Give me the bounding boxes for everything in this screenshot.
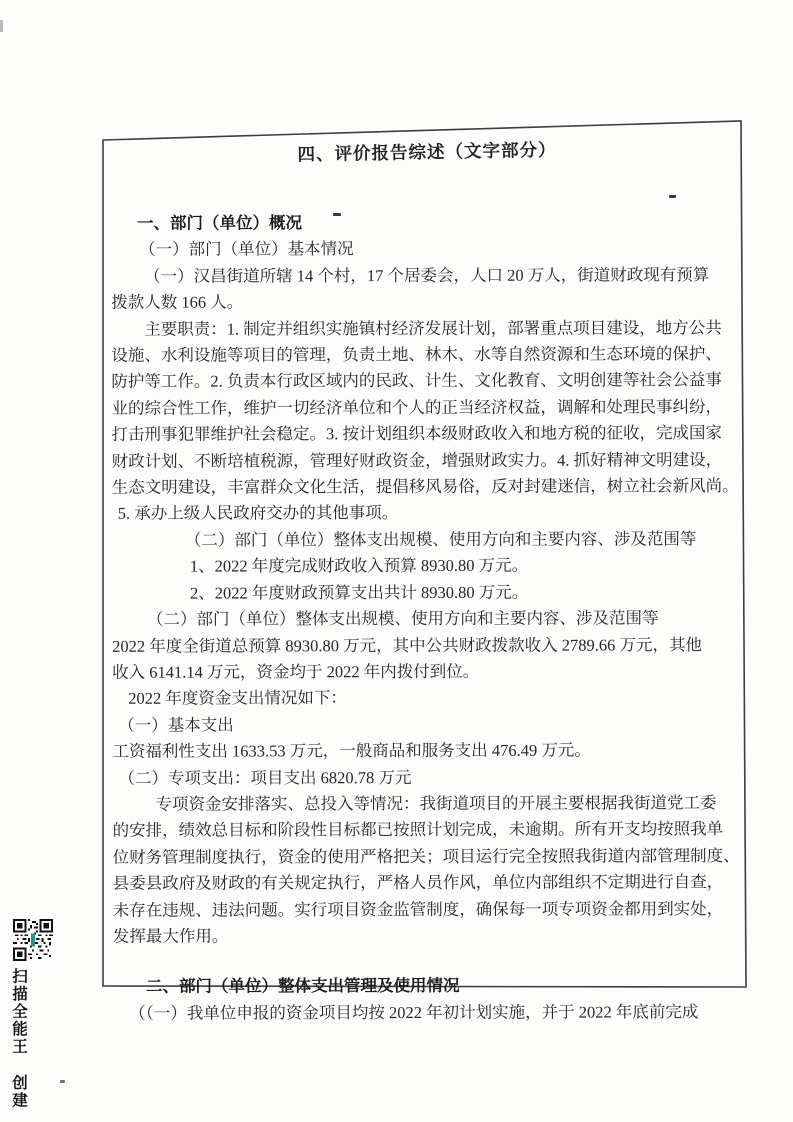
qr-accent-mark [31,933,35,946]
qr-code [13,918,53,962]
doc-line: 二、部门（单位）整体支出管理及使用情况 [113,973,745,1001]
doc-line: 发挥最大作用。 [113,922,745,950]
doc-line: 业的综合性工作，维护一切经济单位和个人的正当经济权益，调解和处理民事纠纷， [111,394,743,422]
doc-line: 工资福利性支出 1633.53 万元，一般商品和服务支出 476.49 万元。 [112,737,744,765]
doc-line: 1、2022 年度完成财政收入预算 8930.80 万元。 [112,552,744,580]
doc-line: （一）部门（单位）基本情况 [111,236,743,264]
doc-line: 一、部门（单位）概况 [111,209,743,237]
doc-line: （（一）我单位申报的资金项目均按 2022 年初计划实施，并于 2022 年底前… [113,999,745,1027]
document-body: 一、部门（单位）概况（一）部门（单位）基本情况（一）汉昌街道所辖 14 个村，1… [111,195,745,1027]
doc-line: 5. 承办上级人民政府交办的其他事项。 [112,500,744,528]
scan-artifact-dash [60,1080,65,1083]
doc-line: 生态文明建设，丰富群众文化生活，提倡移风易俗，反对封建迷信，树立社会新风尚。 [112,473,744,501]
scanner-caption: 扫描全能王 创建 [7,968,29,1122]
doc-line: 设施、水利设施等项目的管理，负责土地、林木、水等自然资源和生态环境的保护、 [111,341,743,369]
doc-line: 位财务管理制度执行，资金的使用严格把关；项目运行完全按照我街道内部管理制度、 [113,843,745,871]
doc-line: 打击刑事犯罪维护社会稳定。3. 按计划组织本级财政收入和地方税的征收，完成国家 [112,420,744,448]
doc-line: 的安排，绩效总目标和阶段性目标都已按照计划完成，未逾期。所有开支均按照我单 [113,817,745,845]
doc-line: 未存在违规、违法问题。实行项目资金监管制度，确保每一项专项资金都用到实处， [113,896,745,924]
scan-artifact-dash [333,213,341,216]
doc-line: （二）部门（单位）整体支出规模、使用方向和主要内容、涉及范围等 [112,605,744,633]
doc-line: （一）基本支出 [112,711,744,739]
doc-line: （二）部门（单位）整体支出规模、使用方向和主要内容、涉及范围等 [112,526,744,554]
doc-line: （一）汉昌街道所辖 14 个村，17 个居委会，人口 20 万人，街道财政现有预… [111,262,743,290]
doc-line: 2022 年度全街道总预算 8930.80 万元，其中公共财政拨款收入 2789… [112,632,744,660]
doc-line: 防护等工作。2. 负责本行政区域内的民政、计生、文化教育、文明创建等社会公益事 [111,368,743,396]
doc-line: 2022 年度资金支出情况如下： [112,684,744,712]
doc-line: 拨款人数 166 人。 [111,288,743,316]
scan-edge-smudge [0,20,3,32]
scanned-document-page: 四、评价报告综述（文字部分） 一、部门（单位）概况（一）部门（单位）基本情况（一… [0,0,793,1122]
doc-line: 县委县政府及财政的有关规定执行，严格人员作风，单位内部组织不定期进行自查， [113,869,745,897]
doc-line: 收入 6141.14 万元，资金均于 2022 年内拨付到位。 [112,658,744,686]
doc-line: 主要职责：1. 制定并组织实施镇村经济发展计划，部署重点项目建设，地方公共 [111,315,743,343]
doc-line: 2、2022 年度财政预算支出共计 8930.80 万元。 [112,579,744,607]
page-title: 四、评价报告综述（文字部分） [112,133,742,170]
doc-line: （二）专项支出：项目支出 6820.78 万元 [112,764,744,792]
doc-line: 专项资金安排落实、总投入等情况：我街道项目的开展主要根据我街道党工委 [112,790,744,818]
doc-line: 财政计划、不断培植税源，管理好财政资金，增强财政实力。4. 抓好精神文明建设， [112,447,744,475]
qr-code-graphic [13,918,53,962]
scan-artifact-dash [669,195,676,198]
